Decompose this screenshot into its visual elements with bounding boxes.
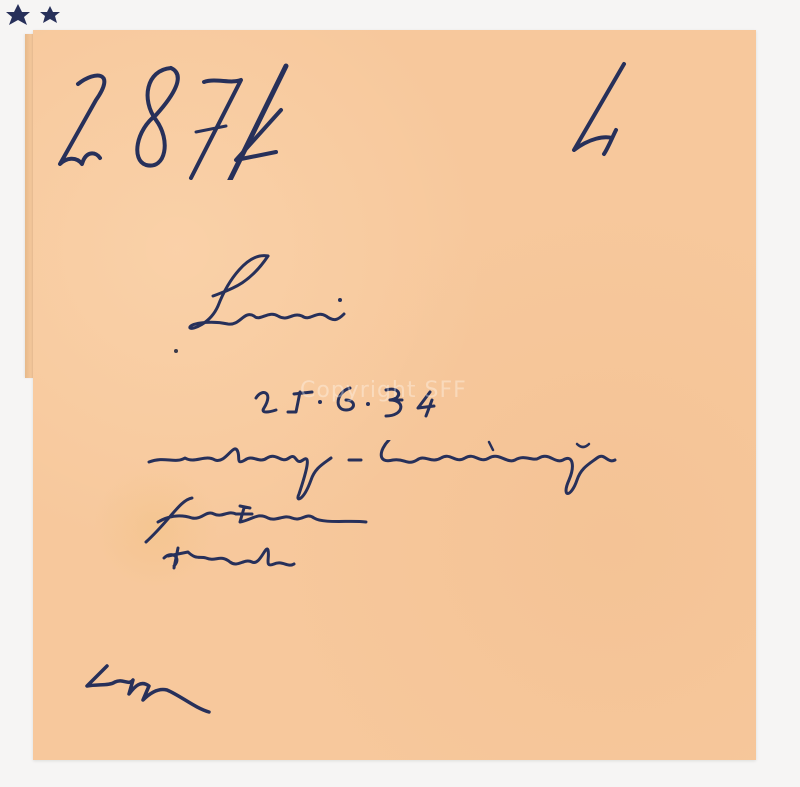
copyright-watermark: Copyright SFF xyxy=(300,378,467,403)
corner-number-handwriting xyxy=(570,58,630,158)
asterisk-marks xyxy=(0,0,70,30)
initials-handwriting xyxy=(85,660,225,720)
title-handwriting xyxy=(188,250,388,340)
catalog-number-handwriting xyxy=(56,60,296,180)
ink-speck xyxy=(174,349,178,353)
star-icon xyxy=(0,0,70,30)
note-line-3-handwriting xyxy=(160,540,320,580)
